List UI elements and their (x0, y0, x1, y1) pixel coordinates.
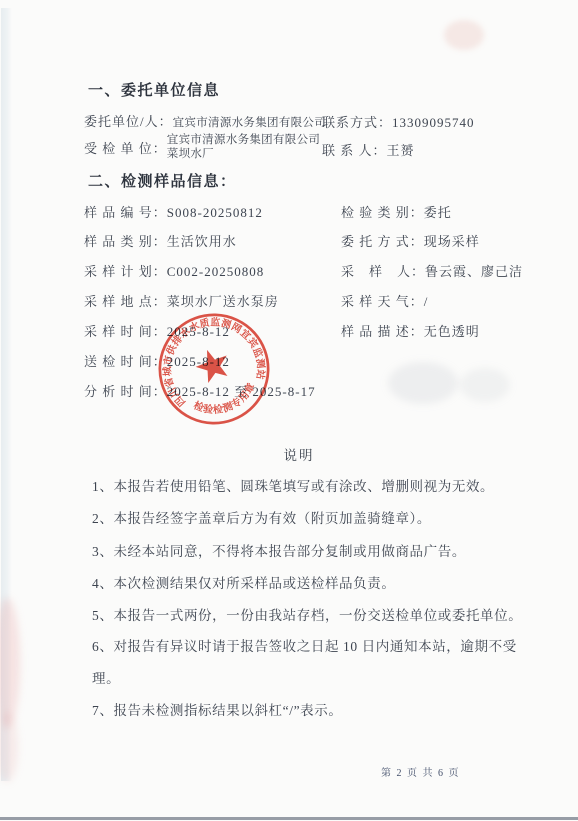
note-item-2: 2、本报告经签字盖章后方为有效（附页加盖骑缝章）。 (92, 503, 530, 535)
client-unit-label: 委托单位/人： (84, 114, 173, 129)
inspected-unit-row: 受 检 单 位：宜宾市清源水务集团有限公司菜坝水厂 (84, 133, 320, 161)
analysis-time-row: 分 析 时 间：2025-8-12 至 2025-8-17 (84, 381, 316, 400)
inspected-unit-value: 宜宾市清源水务集团有限公司菜坝水厂 (167, 133, 320, 161)
commission-mode-row: 委 托 方 式：现场采样 (341, 231, 480, 250)
inspection-type-row: 检 验 类 别：委托 (341, 202, 452, 221)
contact-person-row: 联 系 人：王赟 (322, 140, 415, 159)
note-item-5: 5、本报告一式两份，一份由我站存档，一份交送检单位或委托单位。 (92, 600, 530, 632)
ink-smudge (460, 368, 510, 402)
scan-edge-bottom (0, 817, 578, 820)
sampling-time-row: 采 样 时 间：2025-8-12 (84, 321, 230, 340)
sampler-row: 采 样 人：鲁云霞、廖己洁 (341, 261, 523, 280)
sample-type-row: 样 品 类 别：生活饮用水 (84, 231, 237, 250)
sample-description-row: 样 品 描 述：无色透明 (341, 321, 480, 340)
note-item-3: 3、未经本站同意，不得将本报告部分复制或用做商品广告。 (92, 536, 530, 568)
submission-time-row: 送 检 时 间：2025-8-12 (84, 351, 230, 370)
contact-person-value: 王赟 (387, 143, 415, 158)
section2-title: 二、检测样品信息： (88, 170, 237, 191)
contact-method-row: 联系方式：13309095740 (322, 112, 475, 131)
inspected-unit-label: 受 检 单 位： (84, 138, 167, 157)
contact-person-label: 联 系 人： (322, 143, 387, 158)
notes-title: 说明 (60, 444, 538, 464)
note-item-4: 4、本次检测结果仅对所采样品或送检样品负责。 (92, 568, 530, 600)
contact-method-value: 13309095740 (392, 115, 475, 130)
page-number: 第 2 页 共 6 页 (381, 764, 460, 779)
ink-speck (444, 20, 484, 50)
scan-edge-left (1, 8, 12, 781)
note-item-1: 1、本报告若使用铅笔、圆珠笔填写或有涂改、增删则视为无效。 (92, 471, 530, 503)
sampling-location-row: 采 样 地 点：菜坝水厂送水泵房 (84, 291, 279, 310)
sampling-weather-row: 采 样 天 气：/ (341, 291, 428, 310)
section1-title: 一、委托单位信息 (88, 79, 220, 100)
note-item-6: 6、对报告有异议时请于报告签收之日起 10 日内通知本站，逾期不受理。 (92, 631, 530, 695)
sample-no-row: 样 品 编 号：S008-20250812 (84, 202, 263, 221)
client-unit-row: 委托单位/人：宜宾市清源水务集团有限公司 (84, 111, 326, 130)
contact-method-label: 联系方式： (322, 115, 392, 130)
report-page: 一、委托单位信息 委托单位/人：宜宾市清源水务集团有限公司 联系方式：13309… (0, 0, 578, 821)
note-item-7: 7、报告未检测指标结果以斜杠“/”表示。 (92, 695, 530, 727)
sampling-plan-row: 采 样 计 划：C002-20250808 (84, 261, 264, 280)
ink-smudge (388, 362, 458, 404)
client-unit-value: 宜宾市清源水务集团有限公司 (173, 117, 326, 129)
